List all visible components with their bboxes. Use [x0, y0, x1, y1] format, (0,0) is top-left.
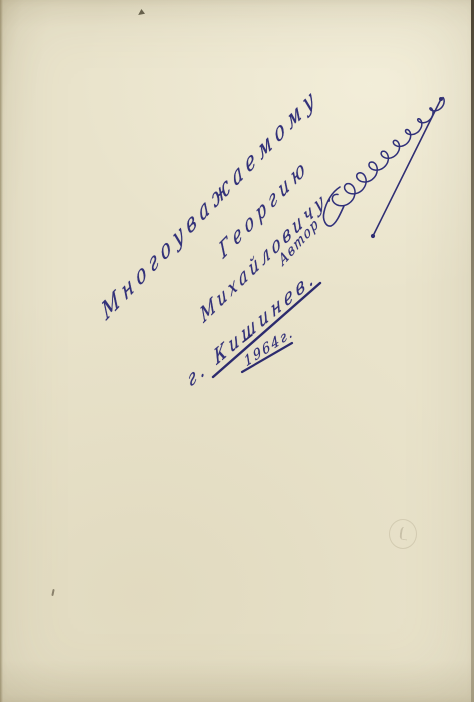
- page-left-edge: [0, 0, 3, 702]
- paper-speck: [137, 9, 145, 15]
- faint-stamp-mark: [389, 519, 417, 549]
- book-flyleaf-photo: Многоуважаемому Георгию Михайловичу. Авт…: [0, 0, 474, 702]
- paper-fleck: [51, 589, 54, 596]
- author-signature: [332, 98, 444, 206]
- signature-flourish-dot-top: [439, 97, 443, 101]
- signature-flourish-line: [373, 99, 441, 236]
- signature-flourish-dot-bottom: [371, 234, 375, 238]
